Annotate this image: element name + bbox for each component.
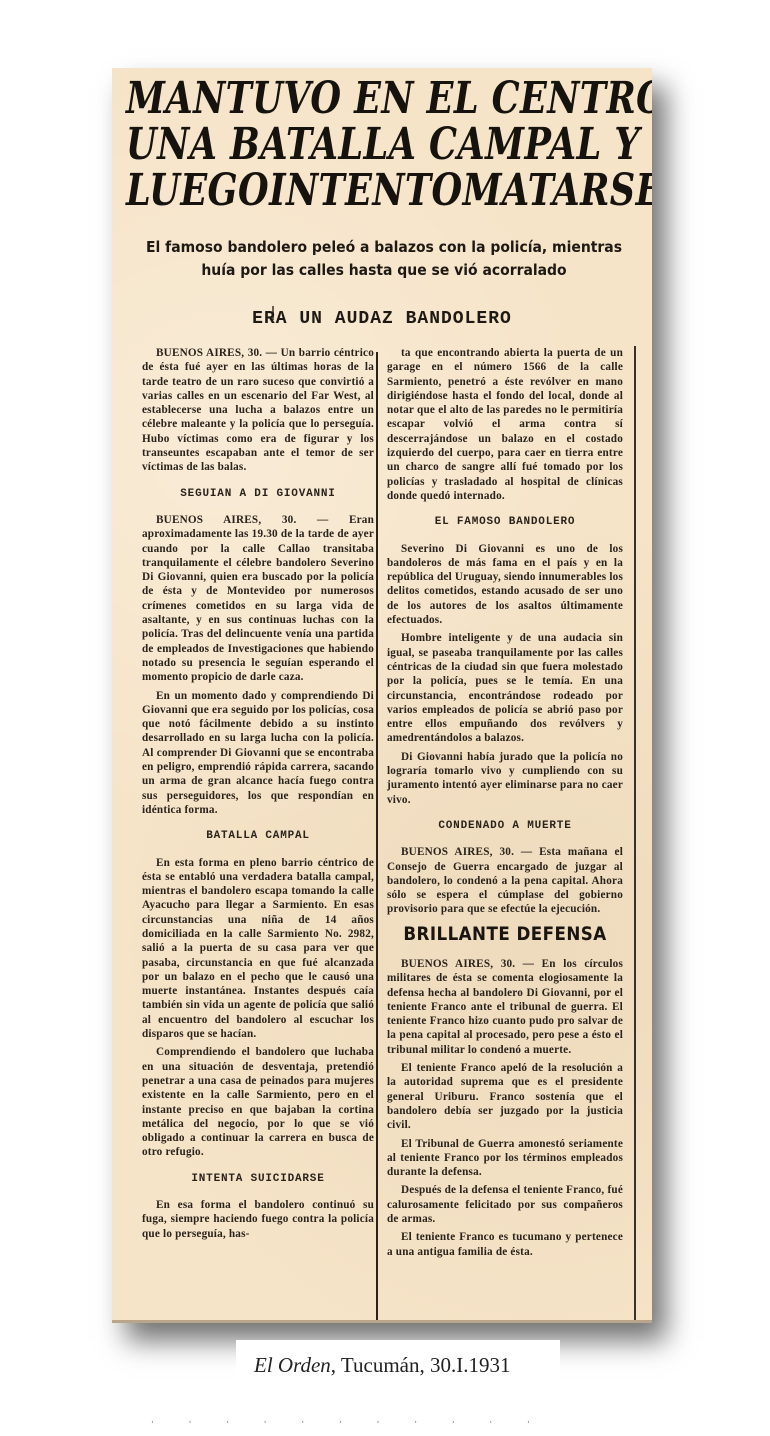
paragraph: En un momento dado y comprendiendo Di Gi…: [142, 689, 374, 818]
paragraph: El teniente Franco apeló de la resolució…: [387, 1061, 623, 1132]
left-column: BUENOS AIRES, 30. — Un barrio céntrico d…: [142, 346, 374, 1251]
headline-line: UNA BATALLA CAMPAL Y: [126, 122, 638, 168]
column-divider: [376, 352, 378, 1322]
headline-line: LUEGOINTENTOMATARSE: [126, 168, 638, 214]
headline-line: MANTUVO EN EL CENTRO: [126, 76, 638, 122]
paragraph: Severino Di Giovanni es uno de los bando…: [387, 542, 623, 628]
section-heading: EL FAMOSO BANDOLERO: [387, 515, 623, 529]
torn-edge: [112, 1320, 652, 1323]
section-kicker: ERA UN AUDAZ BANDOLERO: [112, 309, 652, 329]
publication-name: El Orden: [254, 1353, 331, 1377]
paragraph: Comprendiendo el bandolero que luchaba e…: [142, 1045, 374, 1159]
section-heading: CONDENADO A MUERTE: [387, 819, 623, 833]
paragraph: ta que encontrando abierta la puerta de …: [387, 346, 623, 503]
paragraph: BUENOS AIRES, 30. — Un barrio céntrico d…: [142, 346, 374, 475]
paragraph: El teniente Franco es tucumano y pertene…: [387, 1230, 623, 1259]
paragraph: En esa forma el bandolero continuó su fu…: [142, 1198, 374, 1241]
paragraph: BUENOS AIRES, 30. — Esta mañana el Conse…: [387, 845, 623, 916]
right-border-rule: [634, 346, 636, 1323]
right-column: ta que encontrando abierta la puerta de …: [387, 346, 623, 1269]
caption-box: El Orden, Tucumán, 30.I.1931: [236, 1340, 560, 1392]
paragraph: BUENOS AIRES, 30. — En los círculos mili…: [387, 957, 623, 1057]
newspaper-clipping: MANTUVO EN EL CENTRO UNA BATALLA CAMPAL …: [112, 68, 652, 1323]
section-heading: INTENTA SUICIDARSE: [142, 1172, 374, 1186]
section-heading: BRILLANTE DEFENSA: [401, 927, 609, 941]
paragraph: Hombre inteligente y de una audacia sin …: [387, 631, 623, 745]
caption: El Orden, Tucumán, 30.I.1931: [254, 1353, 510, 1378]
paragraph: Di Giovanni había jurado que la policía …: [387, 750, 623, 807]
paragraph: Después de la defensa el teniente Franco…: [387, 1183, 623, 1226]
headline: MANTUVO EN EL CENTRO UNA BATALLA CAMPAL …: [126, 76, 638, 214]
section-heading: SEGUIAN A DI GIOVANNI: [142, 487, 374, 501]
paragraph: En esta forma en pleno barrio céntrico d…: [142, 856, 374, 1042]
section-heading: BATALLA CAMPAL: [142, 829, 374, 843]
paragraph: El Tribunal de Guerra amonestó seriament…: [387, 1137, 623, 1180]
cut-off-text-fragment: · · · · · · · · · · ·: [150, 1418, 630, 1422]
paragraph: BUENOS AIRES, 30. — Eran aproximadamente…: [142, 513, 374, 685]
subheadline: El famoso bandolero peleó a balazos con …: [130, 236, 638, 282]
caption-details: , Tucumán, 30.I.1931: [331, 1353, 511, 1377]
